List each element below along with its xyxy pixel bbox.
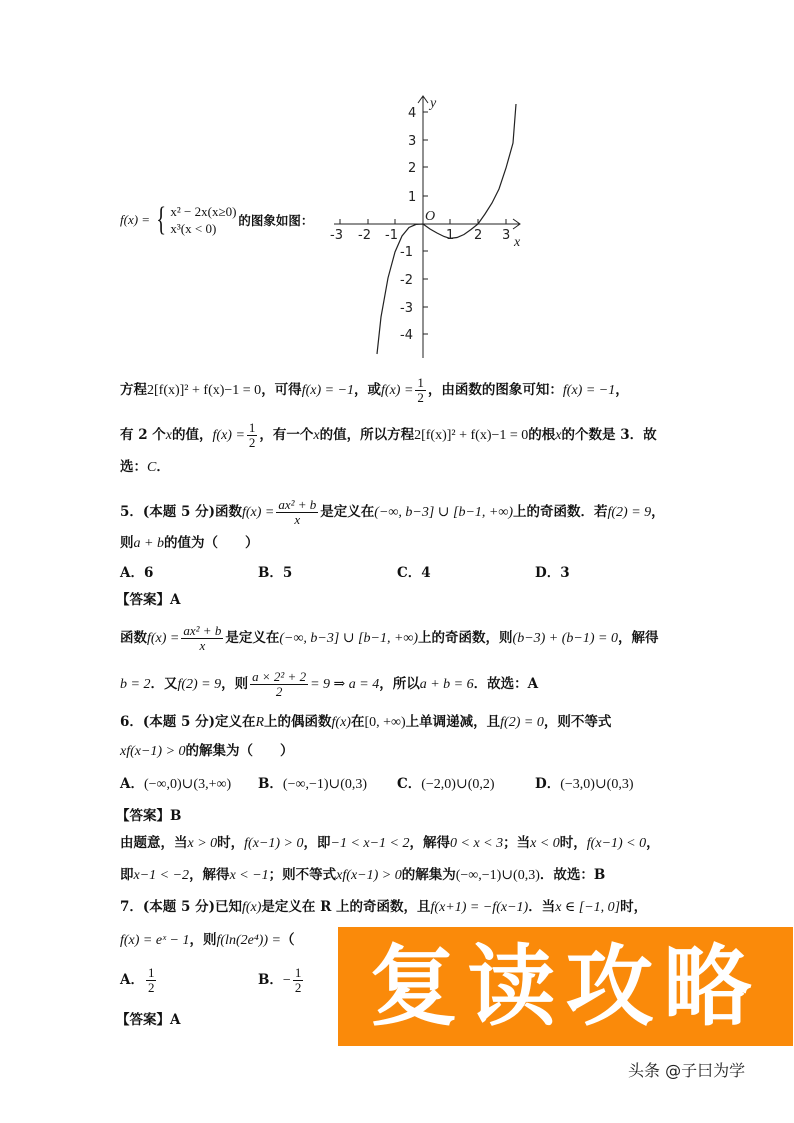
x-axis-label: x [513,235,521,250]
svg-text:1: 1 [408,190,416,205]
q6-solution-line-2: 即x−1 < −2，解得x < −1；则不等式xf(x−1) > 0的解集为(−… [120,865,605,886]
svg-text:2: 2 [408,161,416,176]
source-watermark: 头条 @子曰为学 [628,1058,745,1081]
q5-option-a: A．6 [120,561,153,581]
origin-label: O [425,209,435,224]
svg-text:4: 4 [408,106,416,121]
q5-stem-line-1: 5．(本题 5 分)函数f(x) =ax² + bx是定义在(−∞, b−3] … [120,498,665,527]
solution-prev-line-3: 选：C． [120,457,170,478]
piecewise-function: f(x) = { x² − 2x(x≥0) x³(x < 0) 的图象如图： [120,203,313,237]
svg-text:-3: -3 [330,228,343,243]
svg-text:2: 2 [474,228,482,243]
svg-text:3: 3 [502,228,510,243]
fraction: 12 [146,966,157,995]
q6-stem-line-2: xf(x−1) > 0的解集为（ ） [120,741,294,762]
solution-prev-line-2: 有 2 个x的值，f(x) =12，有一个x的值，所以方程2[f(x)]² + … [120,421,657,450]
svg-text:-2: -2 [358,228,371,243]
q5-stem-line-2: 则a + b的值为（ ） [120,533,258,554]
q5-option-b: B．5 [258,561,292,581]
q6-option-c: C．(−2,0)∪(0,2) [397,772,495,793]
case-1: x² − 2x(x≥0) [170,203,236,220]
solution-prev-line-1: 方程2[f(x)]² + f(x)−1 = 0，可得f(x) = −1，或f(x… [120,376,629,405]
q6-stem-line-1: 6．(本题 5 分)定义在R上的偶函数f(x)在[0, +∞)上单调递减，且f(… [120,712,611,733]
svg-text:1: 1 [446,228,454,243]
q6-answer: 【答案】B [116,804,181,824]
figure-caption: 的图象如图： [238,211,313,229]
q5-solution-line-1: 函数f(x) =ax² + bx是定义在(−∞, b−3] ∪ [b−1, +∞… [120,624,658,653]
q7-option-b: B．−12 [258,966,305,995]
q7-option-a: A．12 [120,966,158,995]
q5-solution-line-2: b = 2．又f(2) = 9，则a × 2² + 22= 9 ⇒ a = 4，… [120,670,538,699]
svg-text:-1: -1 [400,245,413,260]
q6-option-b: B．(−∞,−1)∪(0,3) [258,772,367,793]
fraction: a × 2² + 22 [250,670,308,699]
promo-banner: 复读攻略 [338,927,793,1046]
q7-stem-line-2: f(x) = eˣ − 1，则f(ln(2e⁴)) =（ [120,930,294,951]
fraction: 12 [247,421,258,450]
case-2: x³(x < 0) [170,220,236,237]
function-graph: 4 3 2 1 -1 -2 -3 -4 -3 -2 -1 1 2 3 y x O [320,88,530,358]
cases: x² − 2x(x≥0) x³(x < 0) [170,203,236,237]
document-page: f(x) = { x² − 2x(x≥0) x³(x < 0) 的图象如图： [0,0,794,1123]
q6-option-a: A．(−∞,0)∪(3,+∞) [120,772,231,793]
function-label: f(x) = [120,212,150,228]
q6-solution-line-1: 由题意，当x > 0时，f(x−1) > 0，即−1 < x−1 < 2，解得0… [120,833,660,854]
q7-stem-line-1: 7．(本题 5 分)已知f(x)是定义在 R 上的奇函数，且f(x+1) = −… [120,897,647,918]
q7-answer: 【答案】A [116,1008,180,1028]
svg-text:-1: -1 [385,228,398,243]
svg-text:3: 3 [408,134,416,149]
fraction: 12 [293,966,304,995]
q5-option-c: C．4 [397,561,431,581]
q5-answer: 【答案】A [116,588,180,608]
svg-text:-2: -2 [400,273,413,288]
svg-text:-4: -4 [400,328,413,343]
fraction: ax² + bx [276,498,318,527]
svg-text:-3: -3 [400,301,413,316]
q6-option-d: D．(−3,0)∪(0,3) [535,772,634,793]
q5-option-d: D．3 [535,561,570,581]
y-axis-label: y [428,96,437,111]
fraction: 12 [415,376,426,405]
brace: { [156,203,166,237]
banner-text: 复读攻略 [369,943,761,1031]
fraction: ax² + bx [181,624,223,653]
